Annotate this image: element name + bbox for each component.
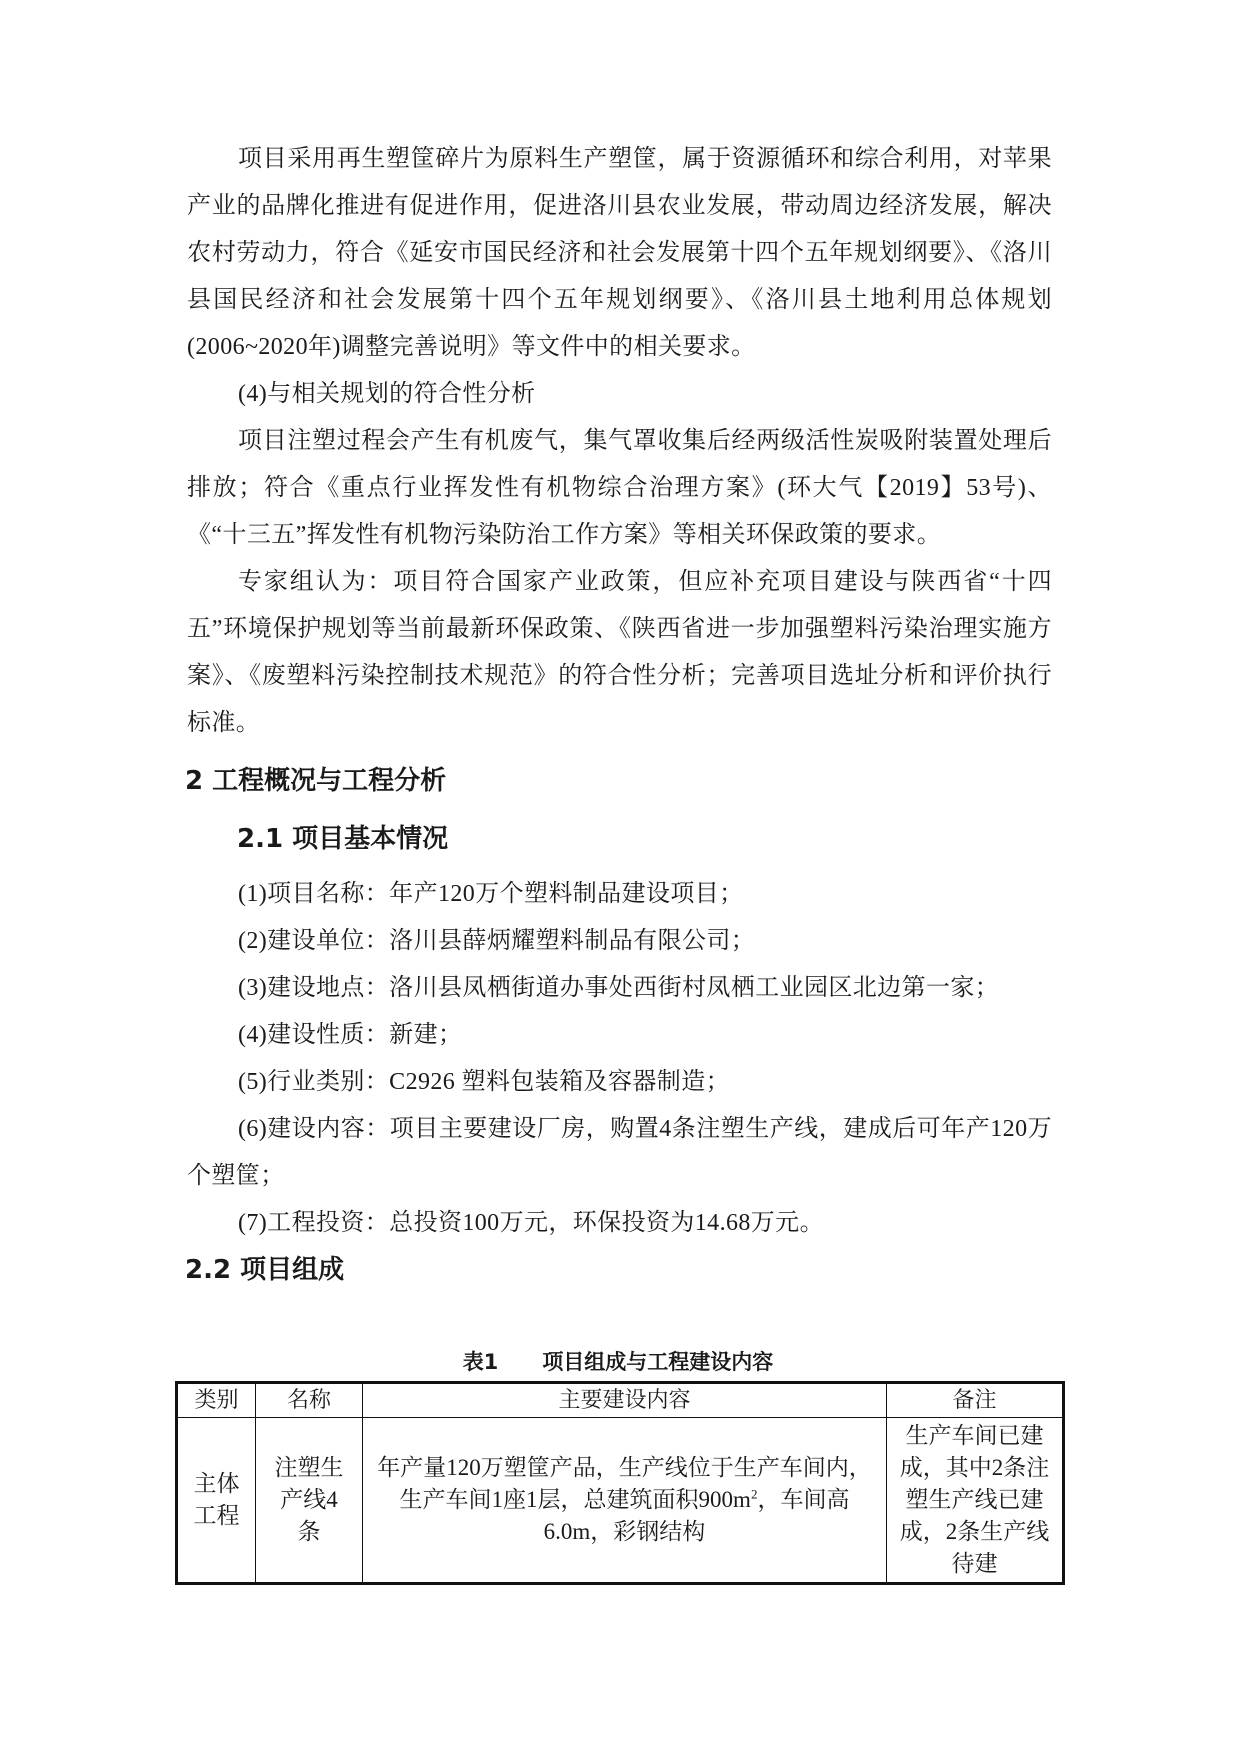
cell-category-text: 主体工程 xyxy=(192,1468,242,1532)
section-heading-2-2: 2.2 项目组成 xyxy=(185,1255,1052,1285)
cell-category: 主体工程 xyxy=(177,1418,256,1584)
section-heading-2: 2 工程概况与工程分析 xyxy=(185,766,1052,796)
basic-info-item: (2)建设单位：洛川县薛炳耀塑料制品有限公司； xyxy=(187,918,1052,965)
document-page: 项目采用再生塑筐碎片为原料生产塑筐，属于资源循环和综合利用，对苹果产业的品牌化推… xyxy=(187,136,1052,1285)
project-composition-table: 类别 名称 主要建设内容 备注 主体工程 注塑生产线4条 年产量120万塑筐产品… xyxy=(175,1381,1065,1585)
cell-content: 年产量120万塑筐产品，生产线位于生产车间内，生产车间1座1层，总建筑面积900… xyxy=(363,1418,887,1584)
paragraph-expert-opinion: 专家组认为：项目符合国家产业政策，但应补充项目建设与陕西省“十四五”环境保护规划… xyxy=(187,559,1052,747)
paragraph-voc-policy: 项目注塑过程会产生有机废气，集气罩收集后经两级活性炭吸附装置处理后排放；符合《重… xyxy=(187,418,1052,559)
cell-note: 生产车间已建成，其中2条注塑生产线已建成，2条生产线待建 xyxy=(887,1418,1064,1584)
basic-info-list: (1)项目名称：年产120万个塑料制品建设项目； (2)建设单位：洛川县薛炳耀塑… xyxy=(187,871,1052,1247)
paragraph-compliance-planning: 项目采用再生塑筐碎片为原料生产塑筐，属于资源循环和综合利用，对苹果产业的品牌化推… xyxy=(187,136,1052,371)
basic-info-item: (7)工程投资：总投资100万元，环保投资为14.68万元。 xyxy=(187,1200,1052,1247)
basic-info-item: (1)项目名称：年产120万个塑料制品建设项目； xyxy=(187,871,1052,918)
subsection-label-planning-analysis: (4)与相关规划的符合性分析 xyxy=(187,371,1052,418)
section-heading-2-1: 2.1 项目基本情况 xyxy=(237,824,1052,854)
basic-info-item: (3)建设地点：洛川县凤栖街道办事处西街村凤栖工业园区北边第一家； xyxy=(187,965,1052,1012)
table-caption: 表1项目组成与工程建设内容 xyxy=(175,1348,1061,1376)
cell-name: 注塑生产线4条 xyxy=(256,1418,363,1584)
column-header-content: 主要建设内容 xyxy=(363,1383,887,1418)
table-header-row: 类别 名称 主要建设内容 备注 xyxy=(177,1383,1064,1418)
basic-info-item: (5)行业类别：C2926 塑料包装箱及容器制造； xyxy=(187,1059,1052,1106)
cell-name-text: 注塑生产线4条 xyxy=(271,1452,347,1548)
column-header-note: 备注 xyxy=(887,1383,1064,1418)
column-header-name: 名称 xyxy=(256,1383,363,1418)
table-caption-number: 表1 xyxy=(463,1350,499,1374)
cell-note-text: 生产车间已建成，其中2条注塑生产线已建成，2条生产线待建 xyxy=(900,1420,1050,1580)
table-caption-title: 项目组成与工程建设内容 xyxy=(542,1350,773,1374)
column-header-category: 类别 xyxy=(177,1383,256,1418)
basic-info-item: (6)建设内容：项目主要建设厂房，购置4条注塑生产线，建成后可年产120万个塑筐… xyxy=(187,1106,1052,1200)
basic-info-item: (4)建设性质：新建； xyxy=(187,1012,1052,1059)
table-row: 主体工程 注塑生产线4条 年产量120万塑筐产品，生产线位于生产车间内，生产车间… xyxy=(177,1418,1064,1584)
